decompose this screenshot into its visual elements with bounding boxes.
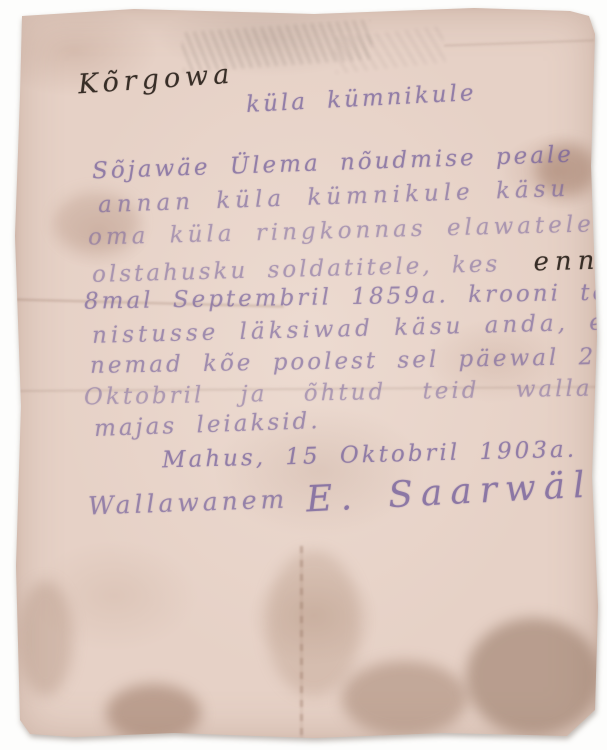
fold-line-vertical-center xyxy=(300,546,303,742)
body-line-9: majas leiaksid. xyxy=(94,408,321,442)
stain-bottom-left xyxy=(106,684,201,742)
signature-title: Wallawanem xyxy=(88,485,289,521)
body-line-8: Oktobril ja õhtud teid walla xyxy=(84,376,593,411)
body-line-3: oma küla ringkonnas elawatele xyxy=(88,211,595,250)
body-line-6: nistusse läksiwad käsu anda, et xyxy=(92,309,607,349)
stain-bottom-right xyxy=(466,618,601,736)
place-annotation: Kõrgowa xyxy=(77,59,235,101)
signature-name: E. Saarwäl xyxy=(305,465,594,521)
crease-top-right xyxy=(444,39,594,46)
stain-center-fold xyxy=(266,551,361,696)
stain-bottom-center xyxy=(342,661,467,736)
body-line-7: nemad kõe poolest sel päewal 21sel xyxy=(90,343,607,379)
stain-left-edge xyxy=(18,581,73,696)
letter-scan: Kõrgowa küla kümnikule Sõjawäe Ülema nõu… xyxy=(0,0,607,750)
body-line-2: annan küla kümnikule käsu xyxy=(98,176,571,218)
addressee-line: küla kümnikule xyxy=(245,80,477,118)
body-line-4-black-insert: enne xyxy=(533,245,607,277)
aged-paper-sheet: Kõrgowa küla kümnikule Sõjawäe Ülema nõu… xyxy=(14,6,598,742)
